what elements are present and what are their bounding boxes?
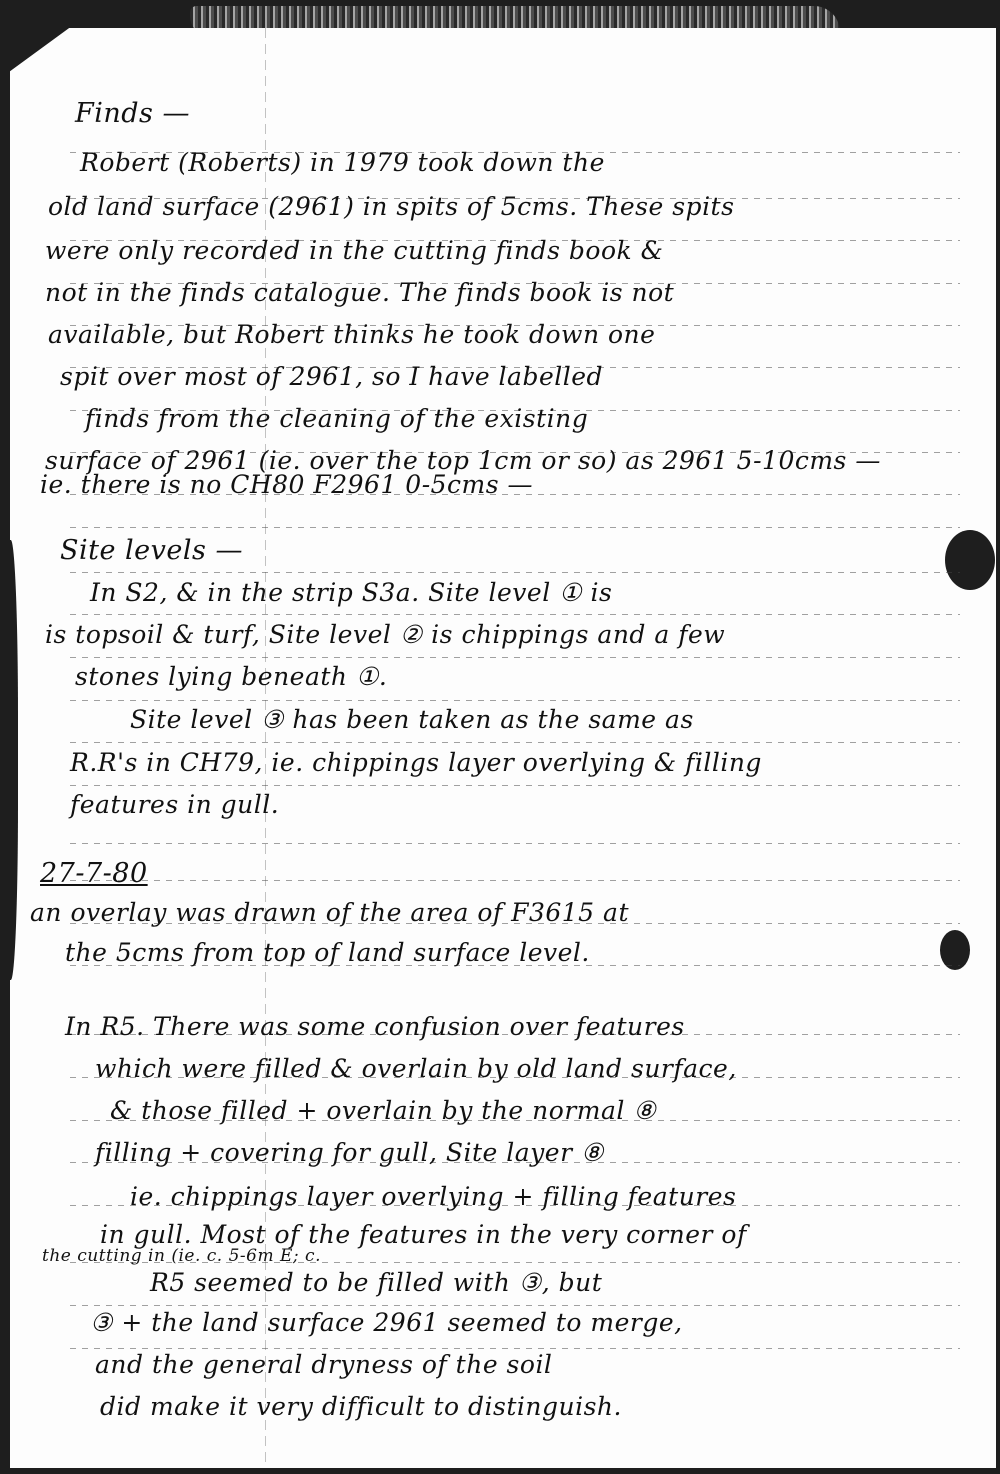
ruled-line xyxy=(70,700,960,701)
ruled-line xyxy=(70,1305,960,1306)
text-line: which were filled & overlain by old land… xyxy=(95,1054,737,1083)
text-line: is topsoil & turf, Site level ② is chipp… xyxy=(45,620,725,649)
ruled-line xyxy=(70,657,960,658)
text-line: R.R's in CH79, ie. chippings layer overl… xyxy=(70,748,762,777)
ruled-line xyxy=(70,785,960,786)
ruled-line xyxy=(70,614,960,615)
text-line: in gull. Most of the features in the ver… xyxy=(100,1220,747,1249)
text-line: the 5cms from top of land surface level. xyxy=(65,938,590,967)
text-line: Robert (Roberts) in 1979 took down the xyxy=(80,148,605,177)
ruled-line xyxy=(70,880,960,881)
text-line: filling + covering for gull, Site layer … xyxy=(95,1138,604,1167)
section-heading-site-levels: Site levels — xyxy=(60,535,243,566)
ruled-line xyxy=(70,843,960,844)
margin-insertion: the cutting in (ie. c. 5-6m E; c. xyxy=(42,1246,321,1266)
ruled-line xyxy=(70,572,960,573)
text-line: stones lying beneath ①. xyxy=(75,662,387,691)
text-line: an overlay was drawn of the area of F361… xyxy=(30,898,629,927)
text-line: ③ + the land surface 2961 seemed to merg… xyxy=(90,1308,683,1337)
text-line: not in the finds catalogue. The finds bo… xyxy=(45,278,674,307)
section-heading-finds: Finds — xyxy=(75,98,190,129)
text-line: did make it very difficult to distinguis… xyxy=(100,1392,622,1421)
text-line: Site level ③ has been taken as the same … xyxy=(130,705,694,734)
text-line: features in gull. xyxy=(70,790,279,819)
text-line: and the general dryness of the soil xyxy=(95,1350,552,1379)
text-line: ie. chippings layer overlying + filling … xyxy=(130,1182,736,1211)
text-line: were only recorded in the cutting finds … xyxy=(45,236,663,265)
text-line: In R5. There was some confusion over fea… xyxy=(65,1012,685,1041)
ruled-line xyxy=(70,527,960,528)
text-line: spit over most of 2961, so I have labell… xyxy=(60,362,603,391)
text-line: old land surface (2961) in spits of 5cms… xyxy=(48,192,734,221)
torn-left-edge xyxy=(0,540,18,980)
punch-hole xyxy=(945,530,995,590)
punch-hole xyxy=(940,930,970,970)
text-line: R5 seemed to be filled with ③, but xyxy=(150,1268,602,1297)
ruled-line xyxy=(70,742,960,743)
text-line: finds from the cleaning of the existing xyxy=(85,404,588,433)
text-line: In S2, & in the strip S3a. Site level ① … xyxy=(90,578,612,607)
text-line: & those filled + overlain by the normal … xyxy=(110,1096,656,1125)
text-line: ie. there is no CH80 F2961 0-5cms — xyxy=(40,470,533,499)
text-line: available, but Robert thinks he took dow… xyxy=(48,320,655,349)
ruled-line xyxy=(70,1348,960,1349)
entry-date: 27-7-80 xyxy=(40,858,148,889)
